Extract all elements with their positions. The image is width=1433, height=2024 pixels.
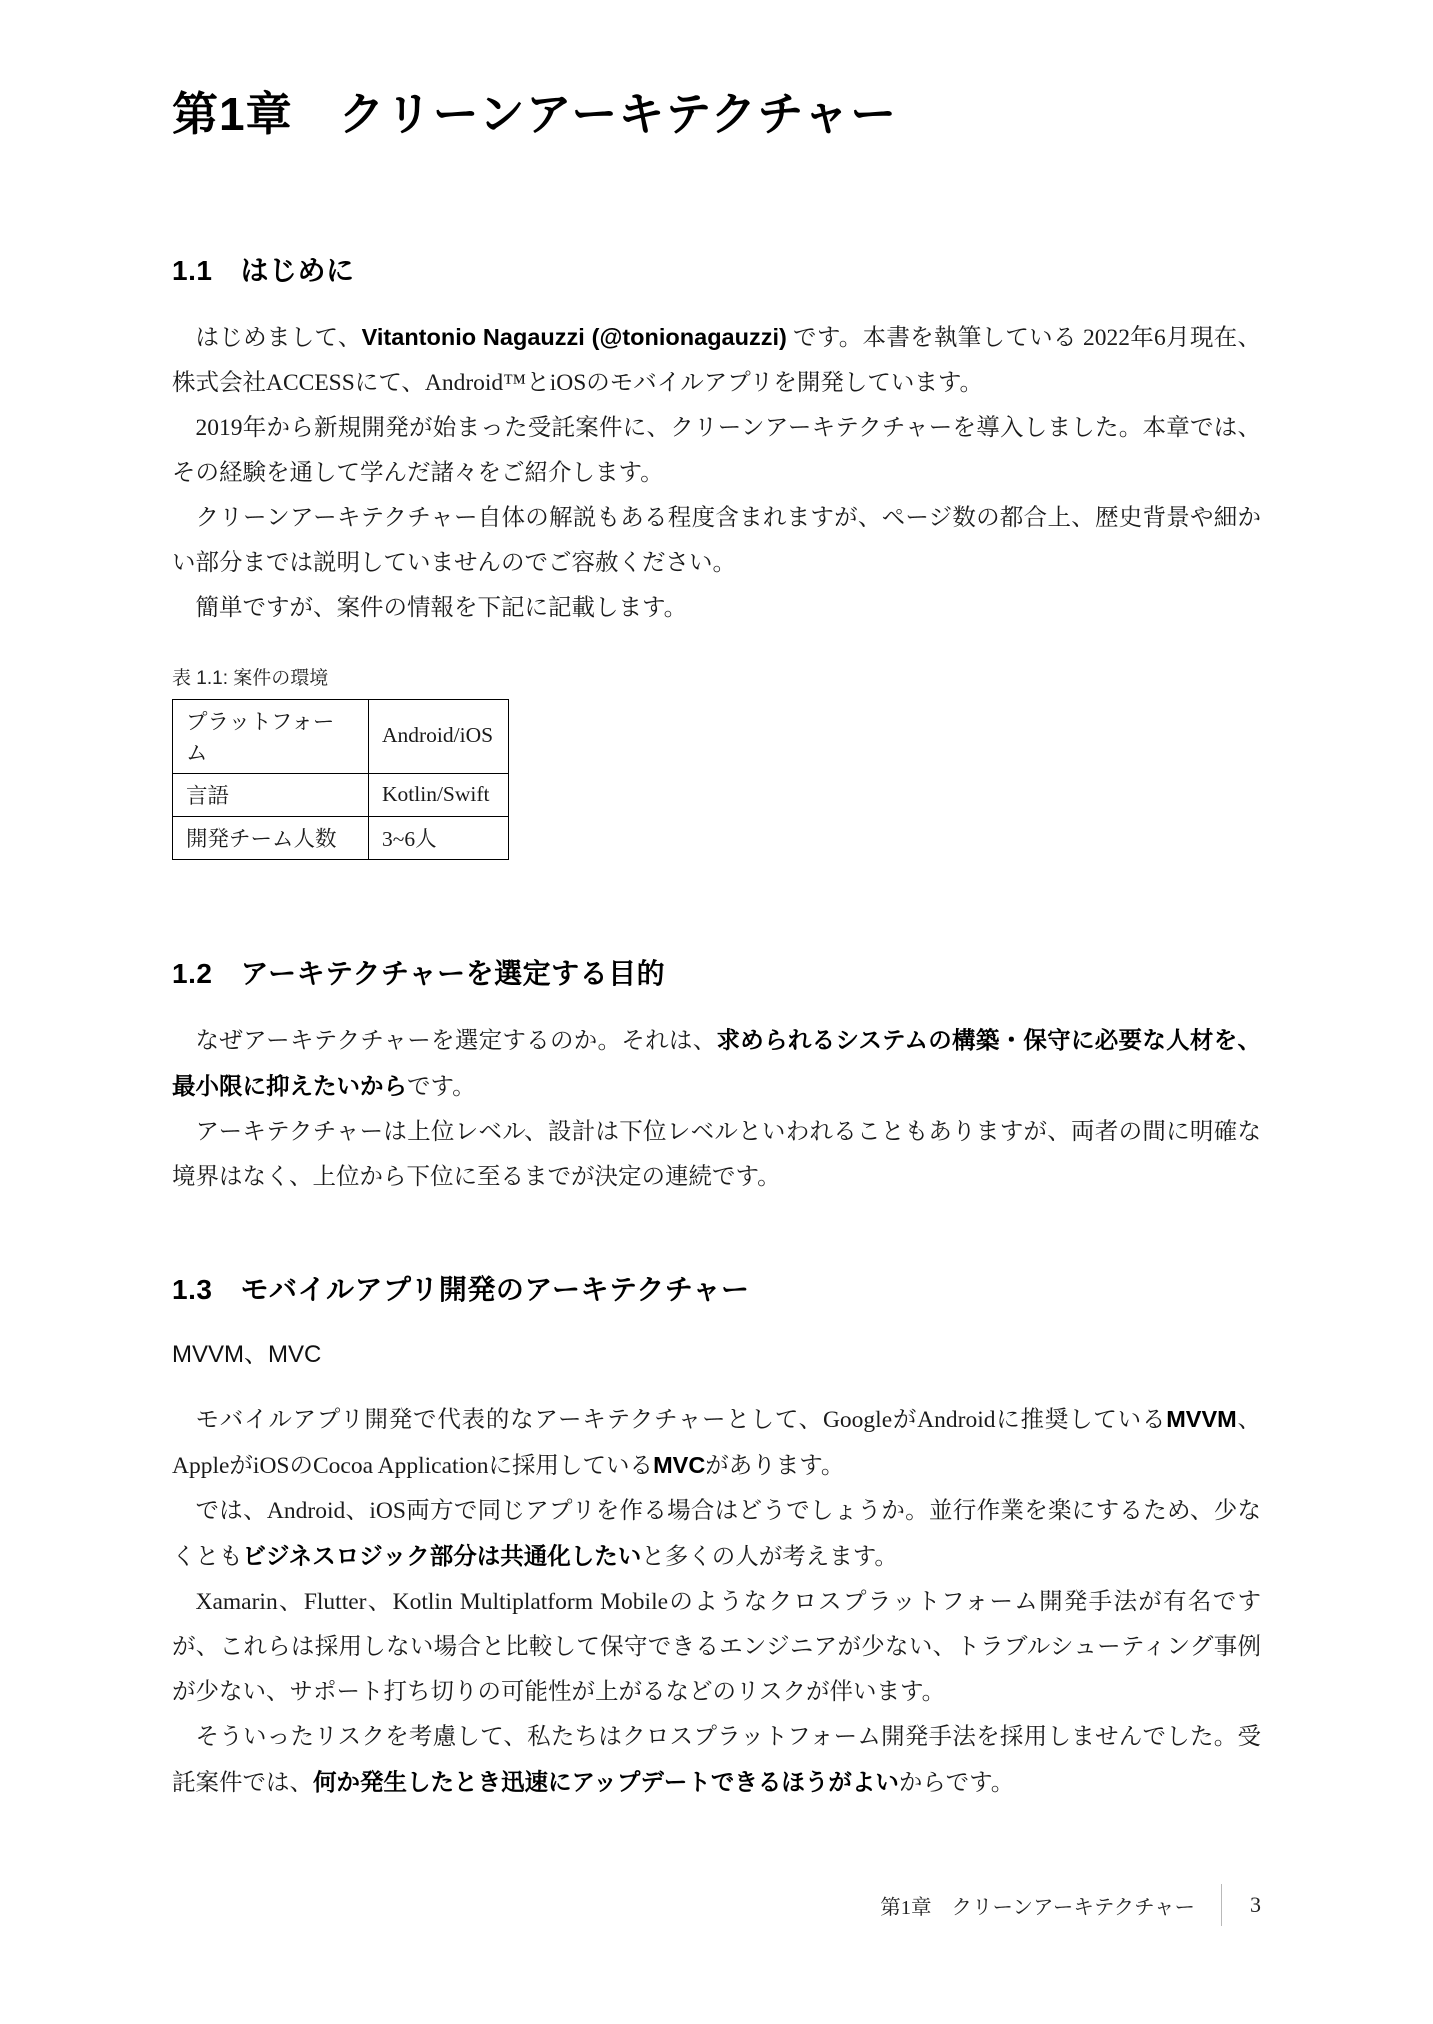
paragraph: そういったリスクを考慮して、私たちはクロスプラットフォーム開発手法を採用しません… <box>172 1715 1261 1806</box>
chapter-title: 第1章クリーンアーキテクチャー <box>172 88 1261 141</box>
row-label: プラットフォーム <box>173 699 369 773</box>
chapter-name: クリーンアーキテクチャー <box>339 88 897 140</box>
table-row: プラットフォーム Android/iOS <box>173 699 509 773</box>
row-label: 開発チーム人数 <box>173 816 369 859</box>
paragraph: はじめまして、Vitantonio Nagauzzi (@tonionagauz… <box>172 315 1261 406</box>
paragraph: なぜアーキテクチャーを選定するのか。それは、求められるシステムの構築・保守に必要… <box>172 1018 1261 1110</box>
text-run: クリーンアーキテクチャー自体の解説もある程度含まれますが、ページ数の都合上、歴史… <box>172 505 1261 576</box>
paragraph: 2019年から新規開発が始まった受託案件に、クリーンアーキテクチャーを導入しまし… <box>172 406 1261 496</box>
environment-table: プラットフォーム Android/iOS 言語 Kotlin/Swift 開発チ… <box>172 699 509 860</box>
section-1-2: 1.2アーキテクチャーを選定する目的 なぜアーキテクチャーを選定するのか。それは… <box>172 952 1261 1200</box>
text-run: Xamarin、Flutter、Kotlin Multiplatform Mob… <box>172 1589 1261 1705</box>
paragraph: アーキテクチャーは上位レベル、設計は下位レベルといわれることもありますが、両者の… <box>172 1110 1261 1200</box>
book-page: 第1章クリーンアーキテクチャー 1.1はじめに はじめまして、Vitantoni… <box>0 0 1433 2024</box>
section-heading: 1.1はじめに <box>172 249 1261 289</box>
paragraph: モバイルアプリ開発で代表的なアーキテクチャーとして、GoogleがAndroid… <box>172 1397 1261 1489</box>
paragraph: 簡単ですが、案件の情報を下記に記載します。 <box>172 586 1261 631</box>
footer-divider <box>1221 1884 1222 1926</box>
text-run-bold: 何か発生したとき迅速にアップデートできるほうがよい <box>313 1769 899 1795</box>
text-run: です。 <box>407 1074 476 1100</box>
text-run-bold: Vitantonio Nagauzzi (@tonionagauzzi) <box>362 324 787 350</box>
section-subtitle: MVVM、MVC <box>172 1334 1261 1369</box>
section-number: 1.2 <box>172 958 212 989</box>
table-row: 開発チーム人数 3~6人 <box>173 816 509 859</box>
section-title: アーキテクチャーを選定する目的 <box>240 958 665 989</box>
table-caption: 表 1.1: 案件の環境 <box>172 663 1261 690</box>
text-run: があります。 <box>705 1453 844 1479</box>
table-figure: 表 1.1: 案件の環境 プラットフォーム Android/iOS 言語 Kot… <box>172 663 1261 860</box>
section-number: 1.1 <box>172 255 212 286</box>
footer-chapter-number: 第1章 <box>880 1890 931 1920</box>
text-run-bold: MVVM <box>1166 1406 1237 1432</box>
paragraph: Xamarin、Flutter、Kotlin Multiplatform Mob… <box>172 1580 1261 1715</box>
text-run-bold: MVC <box>653 1452 705 1478</box>
section-1-3: 1.3モバイルアプリ開発のアーキテクチャー MVVM、MVC モバイルアプリ開発… <box>172 1268 1261 1806</box>
section-heading: 1.3モバイルアプリ開発のアーキテクチャー <box>172 1268 1261 1308</box>
row-value: Kotlin/Swift <box>369 773 509 816</box>
row-value: 3~6人 <box>369 816 509 859</box>
footer-chapter-title: クリーンアーキテクチャー <box>951 1890 1195 1920</box>
text-run-bold: ビジネスロジック部分は共通化したい <box>243 1543 642 1569</box>
section-heading: 1.2アーキテクチャーを選定する目的 <box>172 952 1261 992</box>
page-content: 第1章クリーンアーキテクチャー 1.1はじめに はじめまして、Vitantoni… <box>0 0 1433 1806</box>
row-label: 言語 <box>173 773 369 816</box>
paragraph: クリーンアーキテクチャー自体の解説もある程度含まれますが、ページ数の都合上、歴史… <box>172 496 1261 586</box>
table-row: 言語 Kotlin/Swift <box>173 773 509 816</box>
text-run: はじめまして、 <box>196 325 362 351</box>
text-run: なぜアーキテクチャーを選定するのか。それは、 <box>196 1028 717 1054</box>
section-title: はじめに <box>240 255 354 286</box>
text-run: と多くの人が考えます。 <box>641 1544 898 1570</box>
paragraph: では、Android、iOS両方で同じアプリを作る場合はどうでしょうか。並行作業… <box>172 1489 1261 1580</box>
chapter-number: 第1章 <box>172 88 293 140</box>
text-run: アーキテクチャーは上位レベル、設計は下位レベルといわれることもありますが、両者の… <box>172 1119 1261 1190</box>
section-number: 1.3 <box>172 1274 212 1305</box>
section-title: モバイルアプリ開発のアーキテクチャー <box>240 1274 749 1305</box>
text-run: 簡単ですが、案件の情報を下記に記載します。 <box>196 595 688 621</box>
row-value: Android/iOS <box>369 699 509 773</box>
text-run: モバイルアプリ開発で代表的なアーキテクチャーとして、GoogleがAndroid… <box>196 1407 1167 1433</box>
section-1-1: 1.1はじめに はじめまして、Vitantonio Nagauzzi (@ton… <box>172 249 1261 860</box>
footer-page-number: 3 <box>1250 1892 1261 1918</box>
text-run: 2019年から新規開発が始まった受託案件に、クリーンアーキテクチャーを導入しまし… <box>172 415 1261 486</box>
page-footer: 第1章 クリーンアーキテクチャー 3 <box>880 1884 1261 1926</box>
text-run: からです。 <box>899 1770 1014 1796</box>
